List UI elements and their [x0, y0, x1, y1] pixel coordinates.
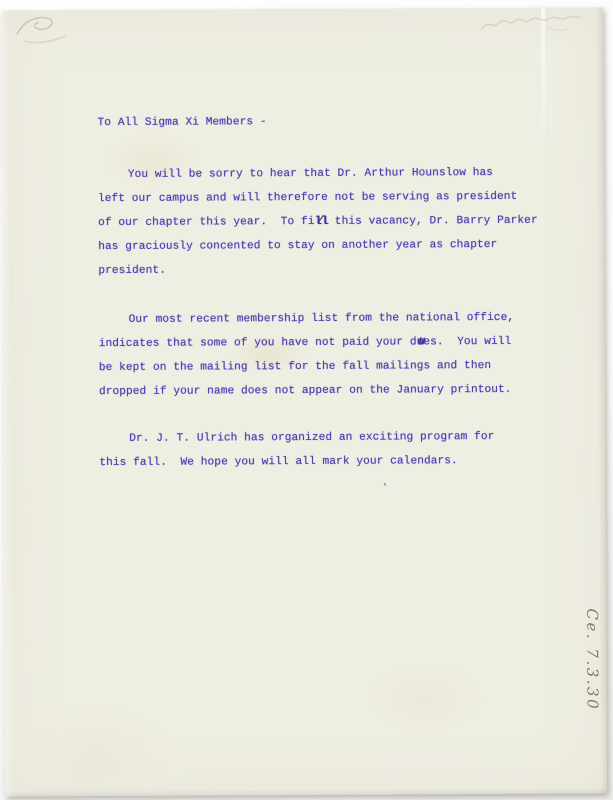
line-segment: es. You will — [423, 336, 511, 348]
typed-line: president. — [98, 257, 568, 283]
typed-line: this fall. We hope you will all mark you… — [99, 449, 569, 475]
typed-line: Our most recent membership list from the… — [99, 306, 569, 332]
typed-line: has graciously concented to stay on anot… — [98, 233, 568, 259]
line-segment: this vacancy, Dr. Barry Parker — [328, 215, 538, 228]
typed-line: dropped if your name does not appear on … — [99, 378, 569, 404]
paragraph-3: Dr. J. T. Ulrich has organized an exciti… — [99, 425, 569, 475]
line-segment: of our chapter this year. To fi — [98, 216, 314, 229]
typed-line: left our campus and will therefore not b… — [98, 185, 568, 211]
overstrike-correction: uuu — [417, 330, 424, 354]
line-segment: indicates that some of you have not paid… — [99, 336, 417, 350]
pencil-scribble-top-right-icon — [478, 11, 584, 38]
paragraph-1: You will be sorry to hear that Dr. Arthu… — [98, 161, 569, 283]
typed-line: be kept on the mailing list for the fall… — [99, 354, 569, 380]
typed-line-with-overstrike: of our chapter this year. To fillll/ thi… — [98, 209, 568, 235]
overstrike-correction: llll/ — [314, 210, 328, 234]
catalog-number-handwritten: Ce. 7.3.30 — [579, 608, 602, 746]
letter-page: To All Sigma Xi Members - You will be so… — [1, 7, 607, 796]
pencil-scribble-top-left-icon — [11, 10, 83, 52]
stray-typed-mark: ` — [378, 482, 389, 497]
typed-line: You will be sorry to hear that Dr. Arthu… — [98, 161, 568, 187]
paper-crease — [541, 8, 546, 158]
typed-line-with-overstrike: indicates that some of you have not paid… — [99, 330, 569, 356]
salutation-line: To All Sigma Xi Members - — [97, 110, 266, 135]
scanned-letter-background: To All Sigma Xi Members - You will be so… — [0, 0, 613, 800]
paragraph-2: Our most recent membership list from the… — [99, 306, 569, 404]
typed-line: Dr. J. T. Ulrich has organized an exciti… — [99, 425, 569, 451]
